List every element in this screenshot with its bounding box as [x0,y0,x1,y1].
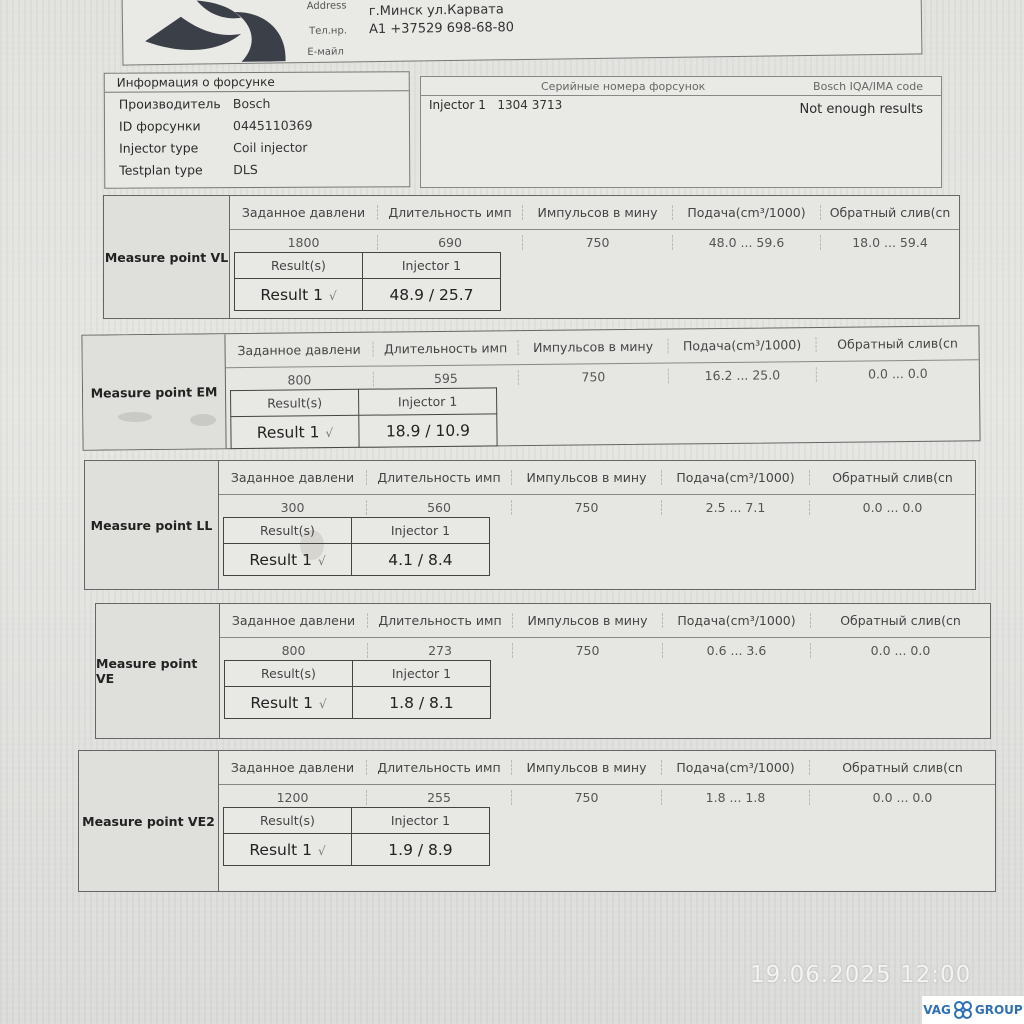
serial-numbers-panel: Серийные номера форсунок Bosch IQA/IMA c… [420,76,942,188]
iqa-code-header: Bosch IQA/IMA code [813,80,923,93]
company-logo-icon [137,0,288,63]
info-row-manufacturer: Производитель Bosch [105,91,409,115]
measure-point-label: Measure point VE [96,604,220,738]
result-table: Result(s)Injector 1 Result 1√18.9 / 10.9 [230,387,498,449]
iqa-code-status: Not enough results [799,102,923,117]
measure-point-em: Measure point EM Заданное давлениДлитель… [81,325,980,450]
measure-point-values: 180069075048.0 ... 59.618.0 ... 59.4 [230,230,959,254]
measure-point-label: Measure point LL [85,461,219,589]
injector-info-panel: Информация о форсунке Производитель Bosc… [104,71,411,189]
measure-point-label: Measure point VL [104,196,230,318]
company-header: Address г.Минск ул.Карвата Тел.нр. A1 +3… [122,0,923,66]
measure-point-ve2: Measure point VE2 Заданное давлениДлител… [78,750,996,892]
measure-point-values: 3005607502.5 ... 7.10.0 ... 0.0 [219,495,975,519]
measure-point-columns: Заданное давлениДлительность импИмпульсо… [230,196,959,230]
check-icon: √ [318,844,326,858]
address-label: Address [307,0,347,12]
result-table: Result(s)Injector 1 Result 1√4.1 / 8.4 [223,517,490,576]
phone-label: Тел.нр. [309,25,347,37]
injector-info-title: Информация о форсунке [105,72,409,93]
serial-entry: Injector 1 1304 3713 [429,98,562,117]
info-row-injector-type: Injector type Coil injector [105,135,409,159]
measure-point-values: 12002557501.8 ... 1.80.0 ... 0.0 [219,785,995,809]
measure-point-values: 8002737500.6 ... 3.60.0 ... 0.0 [220,638,990,662]
dirt-stain [190,414,216,426]
measure-point-ve: Measure point VE Заданное давлениДлитель… [95,603,991,739]
dirt-stain [300,530,324,560]
phone-value: A1 +37529 698-68-80 [369,20,514,37]
measure-point-ll: Measure point LL Заданное давлениДлитель… [84,460,976,590]
measure-point-columns: Заданное давлениДлительность импИмпульсо… [220,604,990,638]
photo-timestamp: 19.06.2025 12:00 [750,962,971,988]
serials-header: Серийные номера форсунок [541,80,705,93]
info-row-testplan-type: Testplan type DLS [105,157,409,181]
measure-point-label: Measure point EM [82,334,226,449]
result-table: Result(s)Injector 1 Result 1√1.9 / 8.9 [223,807,490,866]
watermark-logo: VAG GROUP [922,996,1024,1024]
check-icon: √ [325,426,333,440]
check-icon: √ [329,289,337,303]
dirt-stain [118,412,152,422]
result-table: Result(s)Injector 1 Result 1√48.9 / 25.7 [234,252,501,311]
measure-point-vl: Measure point VL Заданное давлениДлитель… [103,195,960,319]
address-value: г.Минск ул.Карвата [369,2,504,19]
measure-point-columns: Заданное давлениДлительность импИмпульсо… [219,751,995,785]
info-row-injector-id: ID форсунки 0445110369 [105,113,409,137]
email-label: E-майл [307,46,344,58]
measure-point-label: Measure point VE2 [79,751,219,891]
check-icon: √ [319,697,327,711]
result-table: Result(s)Injector 1 Result 1√1.8 / 8.1 [224,660,491,719]
measure-point-columns: Заданное давлениДлительность импИмпульсо… [219,461,975,495]
rings-icon [953,1000,973,1020]
